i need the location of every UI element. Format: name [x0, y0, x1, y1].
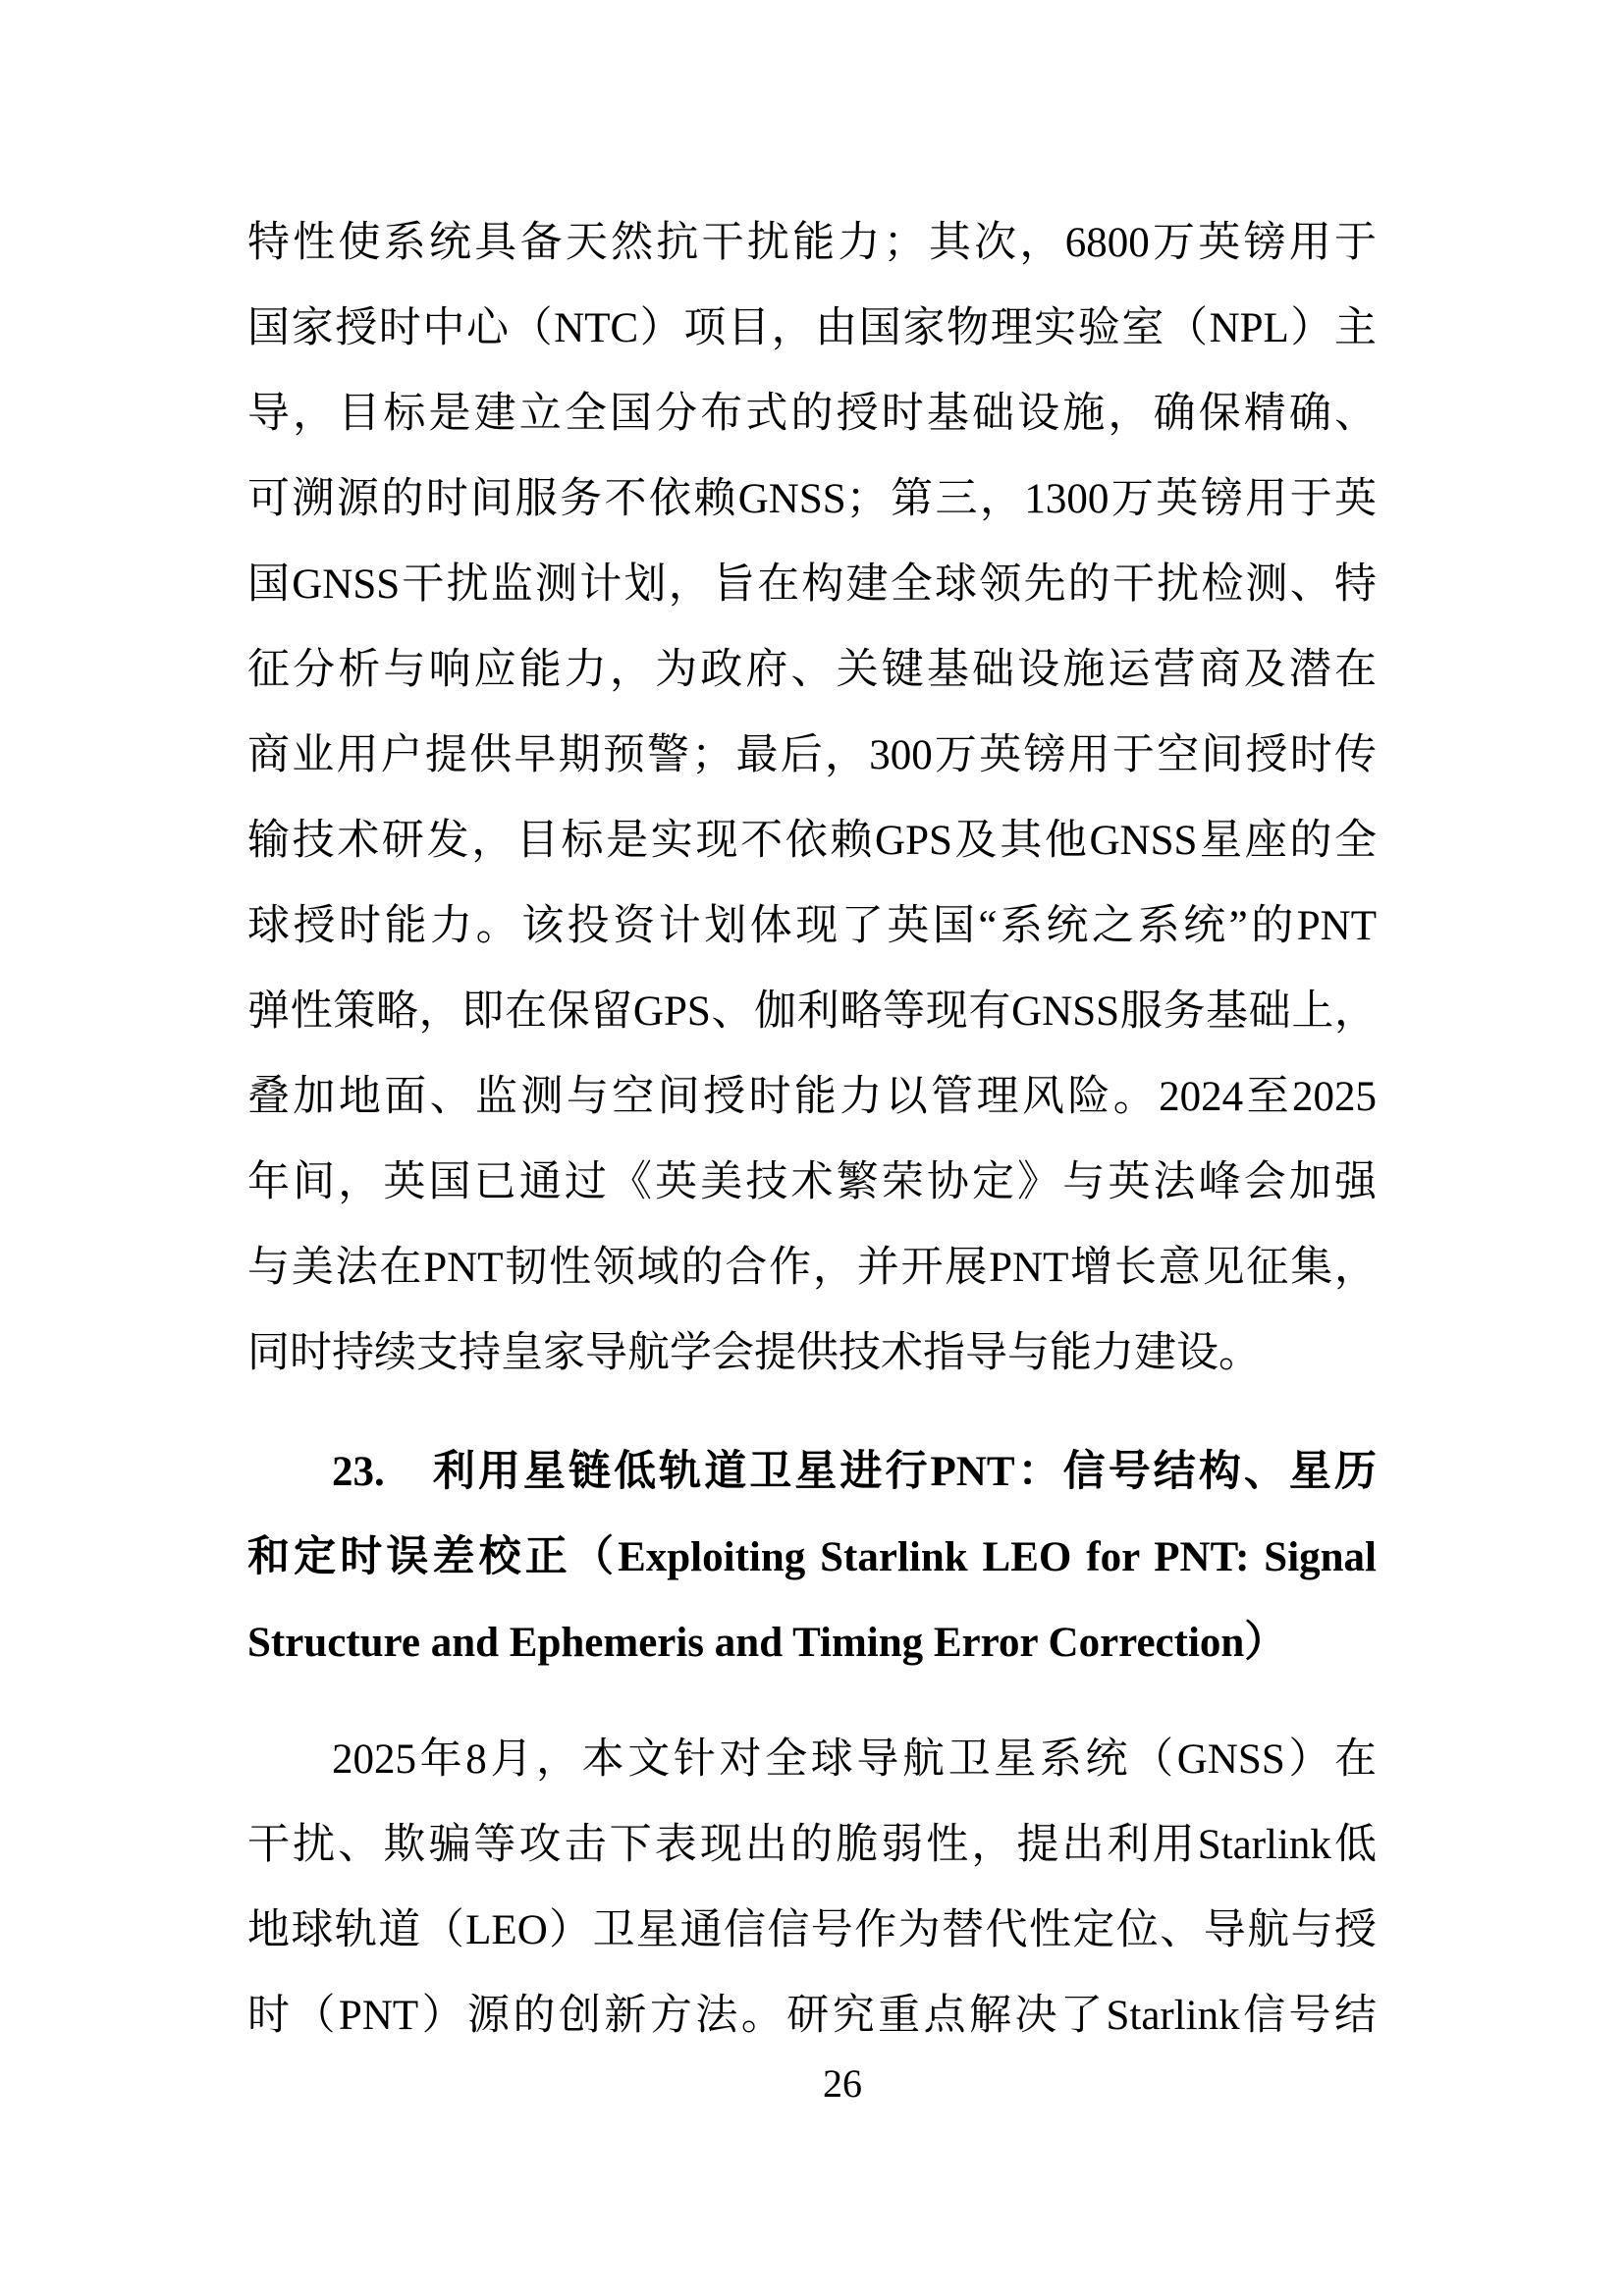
- text-line: 国家授时中心（NTC）项目，由国家物理实验室（NPL）主: [247, 286, 1377, 371]
- text-line: 国GNSS干扰监测计划，旨在构建全球领先的干扰检测、特: [247, 542, 1377, 627]
- text-line: 球授时能力。该投资计划体现了英国“系统之系统”的PNT: [247, 883, 1377, 969]
- page-number: 26: [0, 2061, 1624, 2107]
- paragraph-starlink-pnt-abstract: 2025年8月，本文针对全球导航卫星系统（GNSS）在干扰、欺骗等攻击下表现出的…: [247, 1717, 1377, 2058]
- text-line: 干扰、欺骗等攻击下表现出的脆弱性，提出利用Starlink低: [247, 1802, 1377, 1888]
- page-body: 特性使系统具备天然抗干扰能力；其次，6800万英镑用于国家授时中心（NTC）项目…: [247, 200, 1377, 2058]
- text-line: 输技术研发，目标是实现不依赖GPS及其他GNSS星座的全: [247, 798, 1377, 883]
- paragraph-uk-pnt-investment: 特性使系统具备天然抗干扰能力；其次，6800万英镑用于国家授时中心（NTC）项目…: [247, 200, 1377, 1396]
- text-line: 时（PNT）源的创新方法。研究重点解决了Starlink信号结: [247, 1973, 1377, 2058]
- text-line: 导，目标是建立全国分布式的授时基础设施，确保精确、: [247, 371, 1377, 456]
- text-line: 可溯源的时间服务不依赖GNSS；第三，1300万英镑用于英: [247, 456, 1377, 542]
- text-line: 和定时误差校正（Exploiting Starlink LEO for PNT:…: [247, 1515, 1377, 1600]
- text-line: Structure and Ephemeris and Timing Error…: [247, 1600, 1377, 1685]
- text-line: 征分析与响应能力，为政府、关键基础设施运营商及潜在: [247, 627, 1377, 713]
- text-line: 年间，英国已通过《英美技术繁荣协定》与英法峰会加强: [247, 1140, 1377, 1225]
- text-line: 同时持续支持皇家导航学会提供技术指导与能力建设。: [247, 1310, 1377, 1396]
- text-line: 2025年8月，本文针对全球导航卫星系统（GNSS）在: [247, 1717, 1377, 1802]
- text-line: 叠加地面、监测与空间授时能力以管理风险。2024至2025: [247, 1054, 1377, 1140]
- text-line: 23. 利用星链低轨道卫星进行PNT：信号结构、星历: [247, 1429, 1377, 1515]
- text-line: 与美法在PNT韧性领域的合作，并开展PNT增长意见征集，: [247, 1225, 1377, 1310]
- section-heading-23: 23. 利用星链低轨道卫星进行PNT：信号结构、星历和定时误差校正（Exploi…: [247, 1429, 1377, 1685]
- text-line: 特性使系统具备天然抗干扰能力；其次，6800万英镑用于: [247, 200, 1377, 286]
- text-line: 弹性策略，即在保留GPS、伽利略等现有GNSS服务基础上，: [247, 969, 1377, 1054]
- text-line: 地球轨道（LEO）卫星通信信号作为替代性定位、导航与授: [247, 1888, 1377, 1973]
- document-page: 特性使系统具备天然抗干扰能力；其次，6800万英镑用于国家授时中心（NTC）项目…: [0, 0, 1624, 2296]
- text-line: 商业用户提供早期预警；最后，300万英镑用于空间授时传: [247, 713, 1377, 798]
